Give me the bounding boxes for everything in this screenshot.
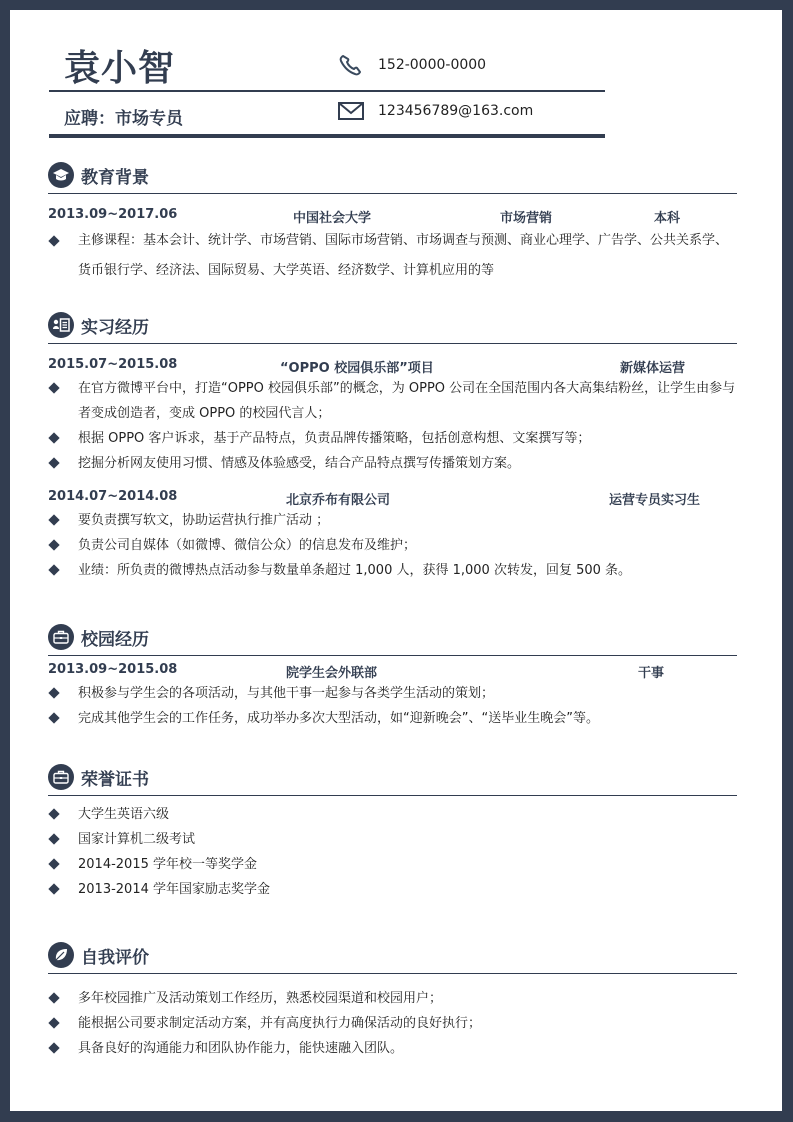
bullet-list: 大学生英语六级 国家计算机二级考试 2014-2015 学年校一等奖学金 201…	[48, 802, 737, 902]
section-divider	[48, 973, 737, 974]
entry-school: 中国社会大学	[293, 207, 371, 226]
list-item: 积极参与学生会的各项活动，与其他干事一起参与各类学生活动的策划；	[48, 681, 737, 706]
entry-header: 2014.07~2014.08 北京乔布有限公司 运营专员实习生	[48, 486, 737, 508]
section-title: 自我评价	[81, 943, 149, 968]
entry-role: 干事	[638, 662, 664, 681]
diamond-bullet-icon	[48, 432, 59, 443]
candidate-name: 袁小智	[64, 40, 175, 91]
bullet-list: 多年校园推广及活动策划工作经历，熟悉校园渠道和校园用户； 能根据公司要求制定活动…	[48, 986, 737, 1061]
applied-position: 应聘：市场专员	[64, 104, 183, 129]
resume-page: 袁小智 应聘：市场专员 152-0000-0000 123456789@163.…	[10, 10, 782, 1111]
diamond-bullet-icon	[48, 808, 59, 819]
diamond-bullet-icon	[48, 833, 59, 844]
section-internship: 实习经历 2015.07~2015.08 “OPPO 校园俱乐部”项目 新媒体运…	[48, 310, 737, 583]
diamond-bullet-icon	[48, 1042, 59, 1053]
list-item: 在官方微博平台中，打造“OPPO 校园俱乐部”的概念，为 OPPO 公司在全国范…	[48, 376, 737, 426]
email-address: 123456789@163.com	[378, 103, 533, 119]
entry-header: 2013.09~2015.08 院学生会外联部 干事	[48, 659, 737, 681]
entry-header: 2015.07~2015.08 “OPPO 校园俱乐部”项目 新媒体运营	[48, 354, 737, 376]
diamond-bullet-icon	[48, 858, 59, 869]
entry-role: 新媒体运营	[620, 357, 685, 376]
list-item: 2013-2014 学年国家励志奖学金	[48, 877, 737, 902]
list-item: 能根据公司要求制定活动方案，并有高度执行力确保活动的良好执行；	[48, 1011, 737, 1036]
entry-org: 院学生会外联部	[286, 662, 377, 681]
section-divider	[48, 193, 737, 194]
section-divider	[48, 795, 737, 796]
entry-period: 2014.07~2014.08	[48, 489, 177, 504]
bullet-list: 在官方微博平台中，打造“OPPO 校园俱乐部”的概念，为 OPPO 公司在全国范…	[48, 376, 737, 476]
diamond-bullet-icon	[48, 712, 59, 723]
diamond-bullet-icon	[48, 514, 59, 525]
leaf-icon	[48, 942, 74, 968]
section-campus: 校园经历 2013.09~2015.08 院学生会外联部 干事 积极参与学生会的…	[48, 622, 737, 731]
list-item: 根据 OPPO 客户诉求，基于产品特点，负责品牌传播策略，包括创意构想、文案撰写…	[48, 426, 737, 451]
id-card-icon	[48, 312, 74, 338]
entry-period: 2013.09~2015.08	[48, 662, 177, 677]
bullet-list: 要负责撰写软文，协助运营执行推广活动 ； 负责公司自媒体（如微博、微信公众）的信…	[48, 508, 737, 583]
list-item: 具备良好的沟通能力和团队协作能力，能快速融入团队。	[48, 1036, 737, 1061]
entry-org: 北京乔布有限公司	[286, 489, 390, 508]
list-item: 要负责撰写软文，协助运营执行推广活动 ；	[48, 508, 737, 533]
section-divider	[48, 655, 737, 656]
list-item: 多年校园推广及活动策划工作经历，熟悉校园渠道和校园用户；	[48, 986, 737, 1011]
diamond-bullet-icon	[48, 457, 59, 468]
list-item: 完成其他学生会的工作任务，成功举办多次大型活动，如“迎新晚会”、“送毕业生晚会”…	[48, 706, 737, 731]
list-item: 负责公司自媒体（如微博、微信公众）的信息发布及维护；	[48, 533, 737, 558]
list-item: 业绩：所负责的微博热点活动参与数量单条超过 1,000 人，获得 1,000 次…	[48, 558, 737, 583]
diamond-bullet-icon	[48, 539, 59, 550]
list-item: 国家计算机二级考试	[48, 827, 737, 852]
section-title: 校园经历	[81, 625, 149, 650]
entry-period: 2015.07~2015.08	[48, 357, 177, 372]
diamond-bullet-icon	[48, 992, 59, 1003]
entry-major: 市场营销	[500, 207, 552, 226]
diamond-bullet-icon	[48, 1017, 59, 1028]
phone-icon	[338, 54, 364, 76]
graduation-cap-icon	[48, 162, 74, 188]
entry-degree: 本科	[654, 207, 680, 226]
entry-period: 2013.09~2017.06	[48, 207, 177, 222]
envelope-icon	[338, 100, 364, 122]
bullet-list: 主修课程：基本会计、统计学、市场营销、国际市场营销、市场调查与预测、商业心理学、…	[48, 226, 737, 286]
header-divider-thin	[49, 90, 605, 92]
entry-header: 2013.09~2017.06 中国社会大学 市场营销 本科	[48, 204, 737, 226]
diamond-bullet-icon	[48, 235, 59, 246]
diamond-bullet-icon	[48, 564, 59, 575]
header-divider-thick	[49, 134, 605, 138]
entry-org: “OPPO 校园俱乐部”项目	[280, 357, 434, 376]
list-item: 挖掘分析网友使用习惯、情感及体验感受，结合产品特点撰写传播策划方案。	[48, 451, 737, 476]
diamond-bullet-icon	[48, 883, 59, 894]
list-item: 2014-2015 学年校一等奖学金	[48, 852, 737, 877]
entry-role: 运营专员实习生	[609, 489, 700, 508]
briefcase-icon	[48, 624, 74, 650]
phone-number: 152-0000-0000	[378, 57, 486, 73]
section-title: 实习经历	[81, 313, 149, 338]
list-item: 大学生英语六级	[48, 802, 737, 827]
section-title: 教育背景	[81, 163, 149, 188]
section-education: 教育背景 2013.09~2017.06 中国社会大学 市场营销 本科 主修课程…	[48, 160, 737, 286]
section-self-evaluation: 自我评价 多年校园推广及活动策划工作经历，熟悉校园渠道和校园用户； 能根据公司要…	[48, 940, 737, 1061]
section-title: 荣誉证书	[81, 765, 149, 790]
bullet-list: 积极参与学生会的各项活动，与其他干事一起参与各类学生活动的策划； 完成其他学生会…	[48, 681, 737, 731]
section-divider	[48, 343, 737, 344]
list-item: 主修课程：基本会计、统计学、市场营销、国际市场营销、市场调查与预测、商业心理学、…	[48, 226, 737, 286]
briefcase-icon	[48, 764, 74, 790]
contact-phone: 152-0000-0000	[338, 54, 486, 76]
contact-email: 123456789@163.com	[338, 100, 533, 122]
diamond-bullet-icon	[48, 382, 59, 393]
section-honors: 荣誉证书 大学生英语六级 国家计算机二级考试 2014-2015 学年校一等奖学…	[48, 762, 737, 902]
diamond-bullet-icon	[48, 687, 59, 698]
